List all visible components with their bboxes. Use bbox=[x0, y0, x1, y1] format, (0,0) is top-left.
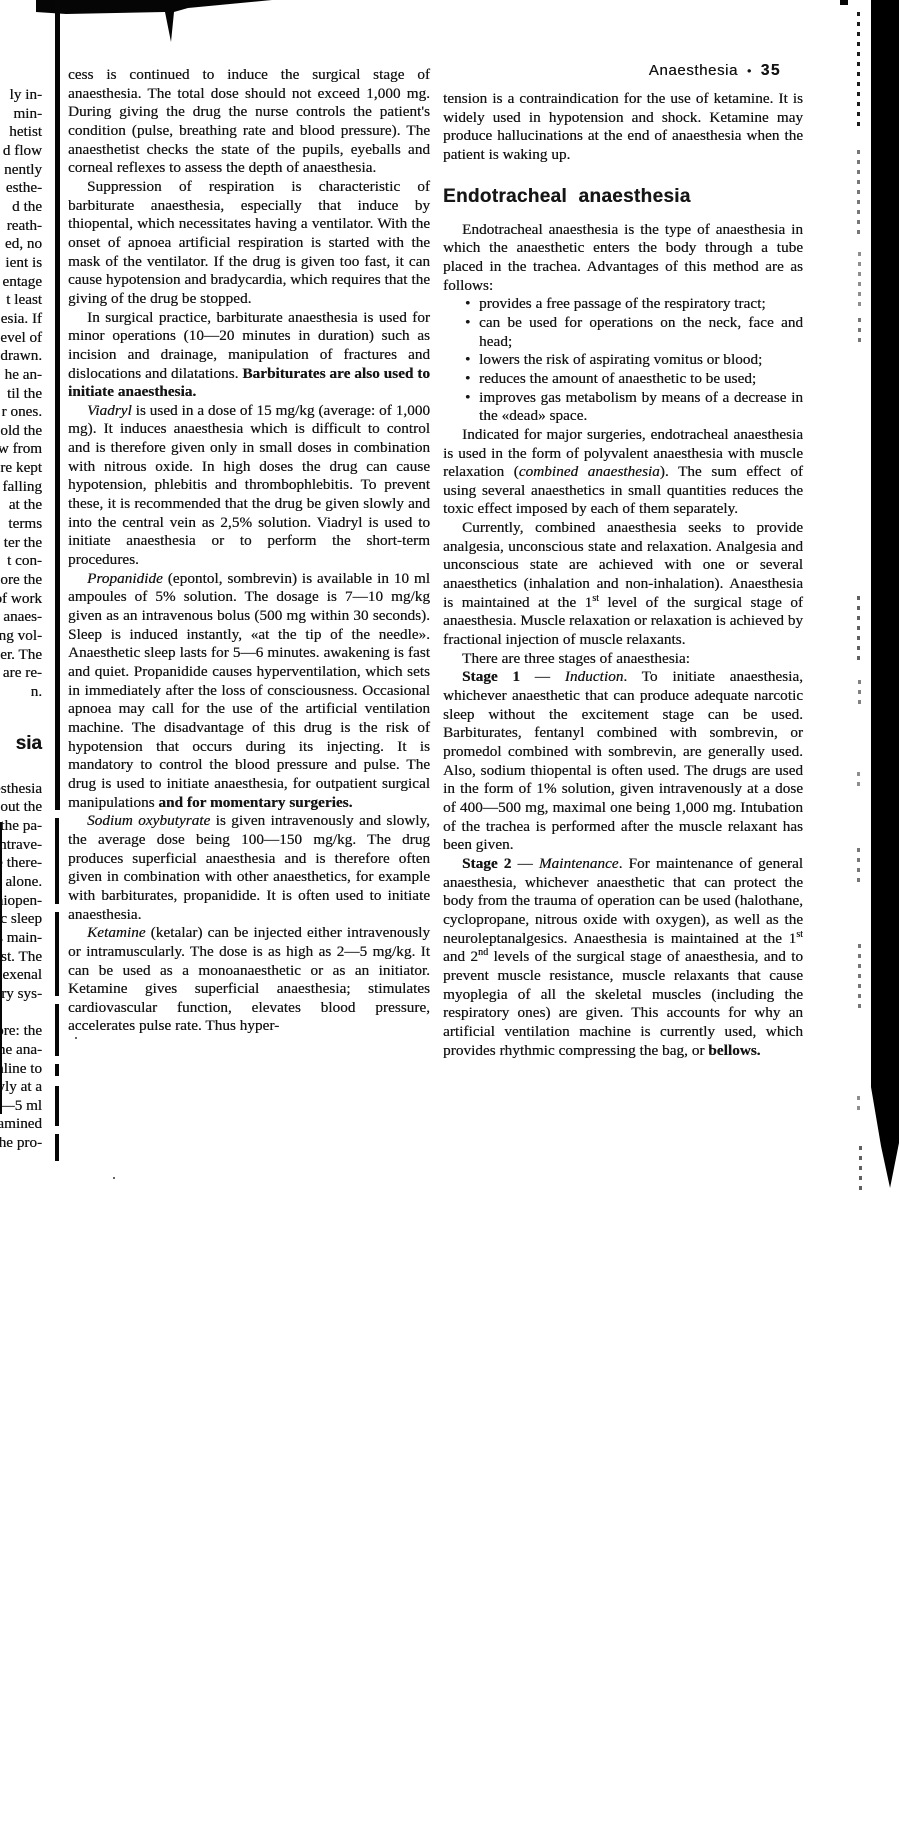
fragment-line: ore: the bbox=[0, 1022, 42, 1041]
fold-dashes bbox=[858, 318, 861, 344]
bullet-item: •lowers the risk of aspirating vomitus o… bbox=[443, 351, 803, 370]
fragment-line: nently bbox=[0, 161, 42, 180]
text-run: combined anaesthesia bbox=[519, 463, 660, 480]
paragraph: Viadryl is used in a dose of 15 mg/kg (a… bbox=[68, 402, 430, 570]
fragment-line: ter the bbox=[0, 534, 42, 553]
scan-edge-band bbox=[871, 0, 899, 1188]
text-run: can be used for operations on the neck, … bbox=[479, 314, 803, 350]
text-run: reduces the amount of anaesthetic to be … bbox=[479, 370, 756, 387]
fragment-line: d alone. bbox=[0, 873, 42, 892]
fragment-line: hexenal bbox=[0, 966, 42, 985]
text-run: is used in a dose of 15 mg/kg (average: … bbox=[68, 402, 430, 568]
page-header: Anaesthesia•35 bbox=[443, 62, 781, 80]
fold-dashes bbox=[858, 680, 861, 710]
fragment-lines-top: ly in-min-hetistd flownentlyesthe-d ther… bbox=[0, 86, 42, 702]
bullet-item: •reduces the amount of anaesthetic to be… bbox=[443, 370, 803, 389]
text-run: Endotracheal anaesthesia is the type of … bbox=[443, 221, 803, 294]
fragment-line: drawn. bbox=[0, 347, 42, 366]
text-run: st bbox=[592, 593, 599, 604]
fragment-line: min- bbox=[0, 105, 42, 124]
scan-blip bbox=[840, 0, 848, 5]
fragment-line: the pa- bbox=[0, 817, 42, 836]
fragment-line: 3—5 ml bbox=[0, 1097, 42, 1116]
fragment-line: the ana- bbox=[0, 1041, 42, 1060]
text-run: Viadryl bbox=[87, 402, 132, 419]
text-run: and 2 bbox=[443, 948, 478, 965]
fold-dashes bbox=[857, 596, 860, 666]
fragment-line: esthe- bbox=[0, 179, 42, 198]
fragment-line: falling bbox=[0, 478, 42, 497]
gutter-shadow-blob bbox=[0, 0, 280, 50]
dust-speck bbox=[75, 1037, 77, 1039]
fragment-line: re kept bbox=[0, 459, 42, 478]
fragment-line: er. The bbox=[0, 646, 42, 665]
paragraph: There are three stages of anaesthesia: bbox=[443, 650, 803, 669]
fragment-line: r ones. bbox=[0, 403, 42, 422]
fragment-line: ore the bbox=[0, 571, 42, 590]
fragment-line: ory sys- bbox=[0, 985, 42, 1004]
fragment-line: wly at a bbox=[0, 1078, 42, 1097]
fragment-line: hetist bbox=[0, 123, 42, 142]
gutter-shadow-line bbox=[55, 0, 60, 810]
fold-dashes bbox=[857, 772, 860, 786]
fragment-line: anaes- bbox=[0, 608, 42, 627]
header-bullet: • bbox=[747, 64, 752, 78]
dust-speck bbox=[113, 1177, 115, 1179]
paragraph: Endotracheal anaesthesia is the type of … bbox=[443, 221, 803, 296]
text-run: Stage 2 bbox=[462, 855, 511, 872]
fold-dashes bbox=[857, 150, 860, 240]
paragraph: Propanidide (epontol, sombrevin) is avai… bbox=[68, 570, 430, 813]
left-text-column: cess is continued to induce the surgical… bbox=[68, 66, 430, 1036]
text-run: and for momentary surgeries. bbox=[158, 794, 352, 811]
bullet-item: •can be used for operations on the neck,… bbox=[443, 314, 803, 351]
text-run: lowers the risk of aspirating vomitus or… bbox=[479, 351, 762, 368]
text-run: — bbox=[520, 668, 565, 685]
paragraph: Ketamine (ketalar) can be injected eithe… bbox=[68, 924, 430, 1036]
fragment-line: e there- bbox=[0, 854, 42, 873]
text-run: . To initiate anaesthesia, whichever ana… bbox=[443, 668, 803, 853]
text-run: improves gas metabolism by means of a de… bbox=[479, 389, 803, 425]
fragment-line: entage bbox=[0, 273, 42, 292]
paragraph: tension is a contraindication for the us… bbox=[443, 90, 803, 165]
scan-edge-line bbox=[0, 822, 2, 1114]
running-title: Anaesthesia bbox=[649, 62, 738, 79]
paragraph: Indicated for major surgeries, endotrach… bbox=[443, 426, 803, 519]
text-run: — bbox=[511, 855, 538, 872]
fragment-line: out the bbox=[0, 798, 42, 817]
fragment-line: ic sleep bbox=[0, 910, 42, 929]
paragraph: Suppression of respiration is characteri… bbox=[68, 178, 430, 309]
fragment-line: ntrave- bbox=[0, 836, 42, 855]
bullet-marker: • bbox=[465, 351, 470, 370]
fold-dashes bbox=[859, 1146, 862, 1190]
bullet-marker: • bbox=[465, 389, 470, 408]
fragment-line: d flow bbox=[0, 142, 42, 161]
fold-dashes bbox=[857, 12, 860, 130]
fragment-line: esia. If bbox=[0, 310, 42, 329]
gutter-dash bbox=[55, 818, 59, 904]
fragment-line: hiopen- bbox=[0, 892, 42, 911]
fragment-line: old the bbox=[0, 422, 42, 441]
bullet-item: •provides a free passage of the respirat… bbox=[443, 295, 803, 314]
fragment-heading: sia bbox=[0, 732, 42, 756]
text-run: Stage 1 bbox=[462, 668, 520, 685]
text-run: (epontol, sombrevin) is available in 10 … bbox=[68, 570, 430, 811]
fold-dashes bbox=[857, 1096, 860, 1112]
fragment-line: he an- bbox=[0, 366, 42, 385]
bullet-list: •provides a free passage of the respirat… bbox=[443, 295, 803, 426]
fold-dashes bbox=[858, 944, 861, 1014]
fragment-line: esthesia bbox=[0, 780, 42, 799]
right-text-column: tension is a contraindication for the us… bbox=[443, 90, 803, 1060]
paragraph: Currently, combined anaesthesia seeks to… bbox=[443, 519, 803, 650]
text-run: Maintenance bbox=[539, 855, 619, 872]
fragment-line: til the bbox=[0, 385, 42, 404]
scanned-book-page: { "header": { "title": "Anaesthesia", "s… bbox=[0, 0, 899, 1836]
text-run: provides a free passage of the respirato… bbox=[479, 295, 766, 312]
section-heading: Endotracheal anaesthesia bbox=[443, 185, 803, 209]
fragment-line bbox=[0, 1004, 42, 1023]
bullet-item: •improves gas metabolism by means of a d… bbox=[443, 389, 803, 426]
fold-dashes bbox=[857, 848, 860, 882]
fragment-lines-bottom: esthesiaout thethe pa-ntrave-e there-d a… bbox=[0, 780, 42, 1153]
fragment-line: the pro- bbox=[0, 1134, 42, 1153]
fragment-line: w from bbox=[0, 440, 42, 459]
paragraph: Sodium oxybutyrate is given intravenousl… bbox=[68, 812, 430, 924]
bullet-marker: • bbox=[465, 314, 470, 333]
fragment-line: at the bbox=[0, 496, 42, 515]
fragment-line: are re- bbox=[0, 664, 42, 683]
gutter-dash bbox=[55, 1004, 59, 1056]
text-run: Sodium oxybutyrate bbox=[87, 812, 210, 829]
fragment-line: n. bbox=[0, 683, 42, 702]
gutter-dash bbox=[55, 1064, 59, 1076]
fragment-line: ng vol- bbox=[0, 627, 42, 646]
text-run: There are three stages of anaesthesia: bbox=[462, 650, 690, 667]
fragment-line: t least bbox=[0, 291, 42, 310]
text-run: nd bbox=[478, 947, 488, 958]
fragment-line: ient is bbox=[0, 254, 42, 273]
page-number: 35 bbox=[761, 62, 781, 79]
paragraph: Stage 2 — Maintenance. For maintenance o… bbox=[443, 855, 803, 1060]
fragment-line: evel of bbox=[0, 329, 42, 348]
fragment-line: reath- bbox=[0, 217, 42, 236]
text-run: bellows. bbox=[708, 1042, 760, 1059]
fold-dashes bbox=[858, 252, 861, 312]
text-run: tension is a contraindication for the us… bbox=[443, 90, 803, 163]
bullet-marker: • bbox=[465, 370, 470, 389]
left-page-edge-fragments: ly in-min-hetistd flownentlyesthe-d ther… bbox=[0, 86, 42, 1153]
text-run: Induction bbox=[565, 668, 624, 685]
paragraph: Stage 1 — Induction. To initiate anaesth… bbox=[443, 668, 803, 855]
gutter-dash bbox=[55, 1086, 59, 1126]
text-run: Propanidide bbox=[87, 570, 163, 587]
fragment-line: ed, no bbox=[0, 235, 42, 254]
text-run: cess is continued to induce the surgical… bbox=[68, 66, 430, 176]
fragment-line: ly in- bbox=[0, 86, 42, 105]
fragment-line: xamined bbox=[0, 1115, 42, 1134]
fragment-line: t con- bbox=[0, 552, 42, 571]
gutter-dash bbox=[55, 1134, 59, 1161]
paragraph: In surgical practice, barbiturate anaest… bbox=[68, 309, 430, 402]
paragraph: cess is continued to induce the surgical… bbox=[68, 66, 430, 178]
fragment-line: aline to bbox=[0, 1060, 42, 1079]
bullet-marker: • bbox=[465, 295, 470, 314]
text-run: Ketamine bbox=[87, 924, 146, 941]
gutter-dash bbox=[55, 912, 59, 996]
fragment-line: of work bbox=[0, 590, 42, 609]
text-run: st bbox=[796, 929, 803, 940]
fragment-line: s main- bbox=[0, 929, 42, 948]
fragment-line: d the bbox=[0, 198, 42, 217]
fragment-line: ast. The bbox=[0, 948, 42, 967]
fragment-line: terms bbox=[0, 515, 42, 534]
text-run: Suppression of respiration is characteri… bbox=[68, 178, 430, 307]
